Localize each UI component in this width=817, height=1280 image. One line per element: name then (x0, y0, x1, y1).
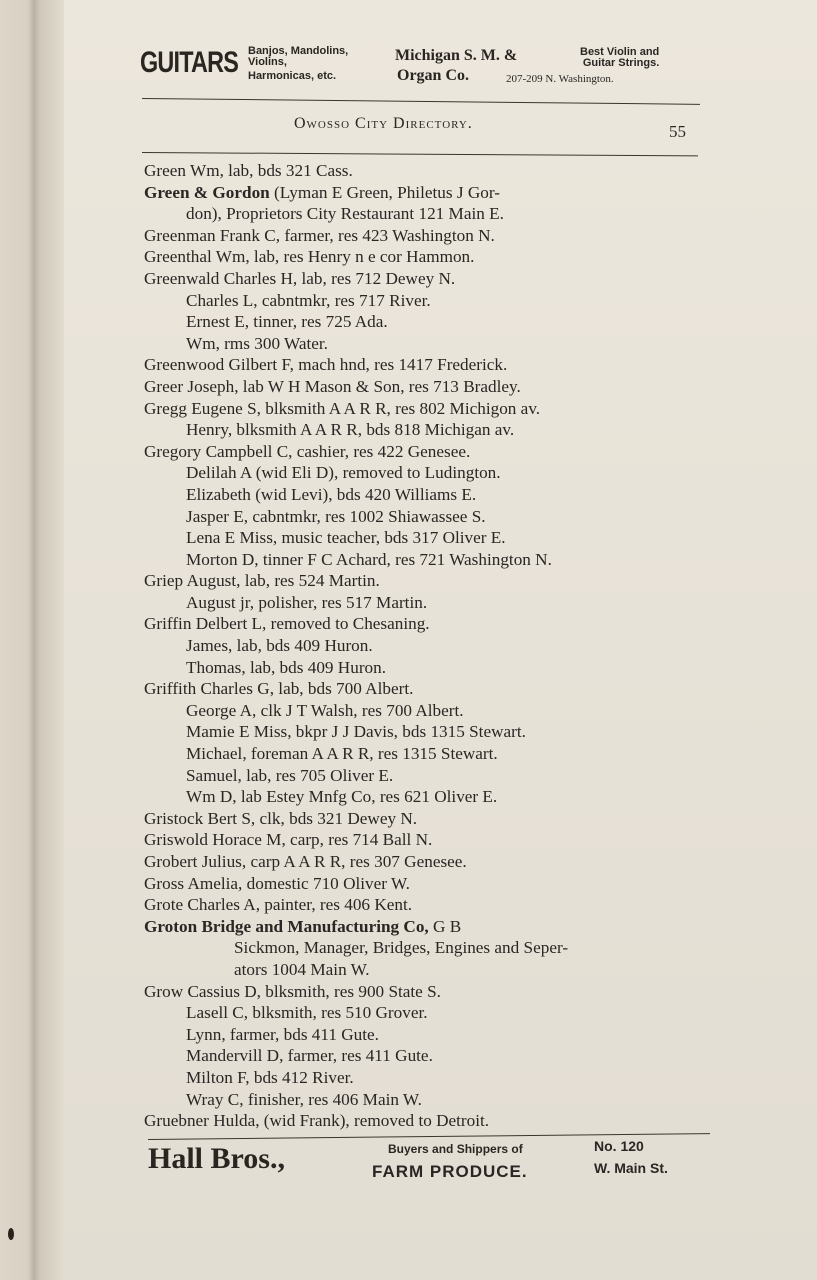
directory-entry: Gregory Campbell C, cashier, res 422 Gen… (144, 441, 704, 463)
strings-line: Guitar Strings. (580, 58, 659, 69)
business-name: Groton Bridge and Manufacturing Co, (144, 917, 429, 936)
entry-text: Griep August, lab, res 524 Martin. (144, 571, 380, 590)
entry-text: Griffin Delbert L, removed to Chesaning. (144, 614, 430, 633)
entry-text: Greenthal Wm, lab, res Henry n e cor Ham… (144, 247, 474, 266)
instruments-line: Violins, (248, 57, 348, 68)
header-advertisement: GUITARS Banjos, Mandolins, Violins, Harm… (140, 42, 700, 94)
directory-entry: Greer Joseph, lab W H Mason & Son, res 7… (144, 376, 704, 398)
entry-text: Wray C, finisher, res 406 Main W. (186, 1090, 422, 1109)
entry-text: Wm, rms 300 Water. (186, 334, 328, 353)
entry-text: Milton F, bds 412 River. (186, 1068, 354, 1087)
directory-sub-entry: Delilah A (wid Eli D), removed to Luding… (144, 462, 704, 484)
entry-text: Delilah A (wid Eli D), removed to Luding… (186, 463, 501, 482)
company-address: 207-209 N. Washington. (506, 73, 614, 85)
entry-text: Lasell C, blksmith, res 510 Grover. (186, 1003, 428, 1022)
running-head-title: Owosso City Directory. (294, 115, 473, 133)
directory-sub-entry: Morton D, tinner F C Achard, res 721 Was… (144, 549, 704, 571)
hall-bros-name: Hall Bros., (148, 1142, 285, 1176)
entry-text: Grote Charles A, painter, res 406 Kent. (144, 895, 412, 914)
buyers-tagline: Buyers and Shippers of (388, 1142, 523, 1156)
directory-sub-entry: Wray C, finisher, res 406 Main W. (144, 1089, 704, 1111)
entry-text: Mandervill D, farmer, res 411 Gute. (186, 1046, 433, 1065)
instruments-list: Banjos, Mandolins, Violins, Harmonicas, … (248, 46, 348, 82)
directory-entry: Green & Gordon (Lyman E Green, Philetus … (144, 182, 704, 204)
directory-sub-entry: Henry, blksmith A A R R, bds 818 Michiga… (144, 419, 704, 441)
directory-sub-entry: Wm, rms 300 Water. (144, 333, 704, 355)
directory-sub-entry: Lasell C, blksmith, res 510 Grover. (144, 1002, 704, 1024)
directory-entry: Griffith Charles G, lab, bds 700 Albert. (144, 678, 704, 700)
entry-text: George A, clk J T Walsh, res 700 Albert. (186, 701, 464, 720)
directory-entry: Griep August, lab, res 524 Martin. (144, 570, 704, 592)
directory-sub-entry: Lena E Miss, music teacher, bds 317 Oliv… (144, 527, 704, 549)
directory-sub-entry: Thomas, lab, bds 409 Huron. (144, 657, 704, 679)
entry-text: Michael, foreman A A R R, res 1315 Stewa… (186, 744, 498, 763)
entry-text: Elizabeth (wid Levi), bds 420 Williams E… (186, 485, 476, 504)
directory-entry-continuation: don), Proprietors City Restaurant 121 Ma… (144, 203, 704, 225)
directory-entry: Gregg Eugene S, blksmith A A R R, res 80… (144, 398, 704, 420)
strings-note: Best Violin and Guitar Strings. (580, 55, 659, 69)
directory-entry-continuation: Sickmon, Manager, Bridges, Engines and S… (144, 937, 704, 959)
guitars-heading: GUITARS (140, 46, 238, 80)
directory-entries: Green Wm, lab, bds 321 Cass.Green & Gord… (144, 160, 704, 1132)
directory-entry: Greenthal Wm, lab, res Henry n e cor Ham… (144, 246, 704, 268)
entry-text: Charles L, cabntmkr, res 717 River. (186, 291, 431, 310)
directory-entry: Griswold Horace M, carp, res 714 Ball N. (144, 829, 704, 851)
directory-sub-entry: Milton F, bds 412 River. (144, 1067, 704, 1089)
directory-entry-continuation: ators 1004 Main W. (144, 959, 704, 981)
entry-text: Griswold Horace M, carp, res 714 Ball N. (144, 830, 432, 849)
entry-text: Greenwald Charles H, lab, res 712 Dewey … (144, 269, 455, 288)
directory-sub-entry: Elizabeth (wid Levi), bds 420 Williams E… (144, 484, 704, 506)
directory-entry: Grote Charles A, painter, res 406 Kent. (144, 894, 704, 916)
directory-entry: Gruebner Hulda, (wid Frank), removed to … (144, 1110, 704, 1132)
directory-sub-entry: Mamie E Miss, bkpr J J Davis, bds 1315 S… (144, 721, 704, 743)
entry-text: Green Wm, lab, bds 321 Cass. (144, 161, 353, 180)
address-street: W. Main St. (594, 1160, 668, 1176)
entry-text: James, lab, bds 409 Huron. (186, 636, 373, 655)
directory-sub-entry: Michael, foreman A A R R, res 1315 Stewa… (144, 743, 704, 765)
entry-text: Grobert Julius, carp A A R R, res 307 Ge… (144, 852, 467, 871)
footer-advertisement: Hall Bros., Buyers and Shippers of FARM … (148, 1138, 718, 1188)
directory-entry: Groton Bridge and Manufacturing Co, G B (144, 916, 704, 938)
entry-text: Lena E Miss, music teacher, bds 317 Oliv… (186, 528, 506, 547)
directory-sub-entry: Jasper E, cabntmkr, res 1002 Shiawassee … (144, 506, 704, 528)
directory-entry: Greenman Frank C, farmer, res 423 Washin… (144, 225, 704, 247)
directory-sub-entry: Mandervill D, farmer, res 411 Gute. (144, 1045, 704, 1067)
entry-text: August jr, polisher, res 517 Martin. (186, 593, 427, 612)
directory-entry: Grobert Julius, carp A A R R, res 307 Ge… (144, 851, 704, 873)
entry-text: Wm D, lab Estey Mnfg Co, res 621 Oliver … (186, 787, 497, 806)
entry-text: G B (429, 917, 461, 936)
entry-text: Greenwood Gilbert F, mach hnd, res 1417 … (144, 355, 507, 374)
entry-text: Griffith Charles G, lab, bds 700 Albert. (144, 679, 413, 698)
entry-text: Greer Joseph, lab W H Mason & Son, res 7… (144, 377, 521, 396)
entry-text: ators 1004 Main W. (234, 960, 370, 979)
entry-text: Ernest E, tinner, res 725 Ada. (186, 312, 388, 331)
directory-entry: Griffin Delbert L, removed to Chesaning. (144, 613, 704, 635)
company-line: Organ Co. (395, 66, 517, 86)
entry-text: Gregg Eugene S, blksmith A A R R, res 80… (144, 399, 540, 418)
entry-text: Gruebner Hulda, (wid Frank), removed to … (144, 1111, 489, 1130)
farm-produce: FARM PRODUCE. (372, 1162, 528, 1182)
company-name: Michigan S. M. & Organ Co. (395, 46, 517, 86)
directory-sub-entry: James, lab, bds 409 Huron. (144, 635, 704, 657)
directory-sub-entry: Wm D, lab Estey Mnfg Co, res 621 Oliver … (144, 786, 704, 808)
ink-blot (8, 1228, 14, 1240)
entry-text: Mamie E Miss, bkpr J J Davis, bds 1315 S… (186, 722, 526, 741)
entry-text: Henry, blksmith A A R R, bds 818 Michiga… (186, 420, 514, 439)
directory-sub-entry: Lynn, farmer, bds 411 Gute. (144, 1024, 704, 1046)
entry-text: Samuel, lab, res 705 Oliver E. (186, 766, 393, 785)
entry-text: Morton D, tinner F C Achard, res 721 Was… (186, 550, 552, 569)
entry-text: Gross Amelia, domestic 710 Oliver W. (144, 874, 410, 893)
directory-entry: Greenwood Gilbert F, mach hnd, res 1417 … (144, 354, 704, 376)
entry-text: Lynn, farmer, bds 411 Gute. (186, 1025, 379, 1044)
entry-text: (Lyman E Green, Philetus J Gor- (270, 183, 500, 202)
directory-entry: Gristock Bert S, clk, bds 321 Dewey N. (144, 808, 704, 830)
entry-text: Grow Cassius D, blksmith, res 900 State … (144, 982, 441, 1001)
directory-entry: Grow Cassius D, blksmith, res 900 State … (144, 981, 704, 1003)
directory-sub-entry: Ernest E, tinner, res 725 Ada. (144, 311, 704, 333)
entry-text: Jasper E, cabntmkr, res 1002 Shiawassee … (186, 507, 486, 526)
directory-sub-entry: August jr, polisher, res 517 Martin. (144, 592, 704, 614)
entry-text: Greenman Frank C, farmer, res 423 Washin… (144, 226, 495, 245)
company-line: Michigan S. M. & (395, 46, 517, 66)
business-name: Green & Gordon (144, 183, 270, 202)
entry-text: Gristock Bert S, clk, bds 321 Dewey N. (144, 809, 417, 828)
entry-text: don), Proprietors City Restaurant 121 Ma… (186, 204, 504, 223)
page-number: 55 (669, 122, 686, 142)
directory-sub-entry: George A, clk J T Walsh, res 700 Albert. (144, 700, 704, 722)
entry-text: Sickmon, Manager, Bridges, Engines and S… (234, 938, 568, 957)
directory-sub-entry: Charles L, cabntmkr, res 717 River. (144, 290, 704, 312)
entry-text: Gregory Campbell C, cashier, res 422 Gen… (144, 442, 470, 461)
directory-sub-entry: Samuel, lab, res 705 Oliver E. (144, 765, 704, 787)
address-number: No. 120 (594, 1138, 644, 1154)
directory-entry: Green Wm, lab, bds 321 Cass. (144, 160, 704, 182)
directory-entry: Greenwald Charles H, lab, res 712 Dewey … (144, 268, 704, 290)
instruments-line: Harmonicas, etc. (248, 71, 348, 82)
book-gutter (0, 0, 64, 1280)
directory-entry: Gross Amelia, domestic 710 Oliver W. (144, 873, 704, 895)
entry-text: Thomas, lab, bds 409 Huron. (186, 658, 386, 677)
